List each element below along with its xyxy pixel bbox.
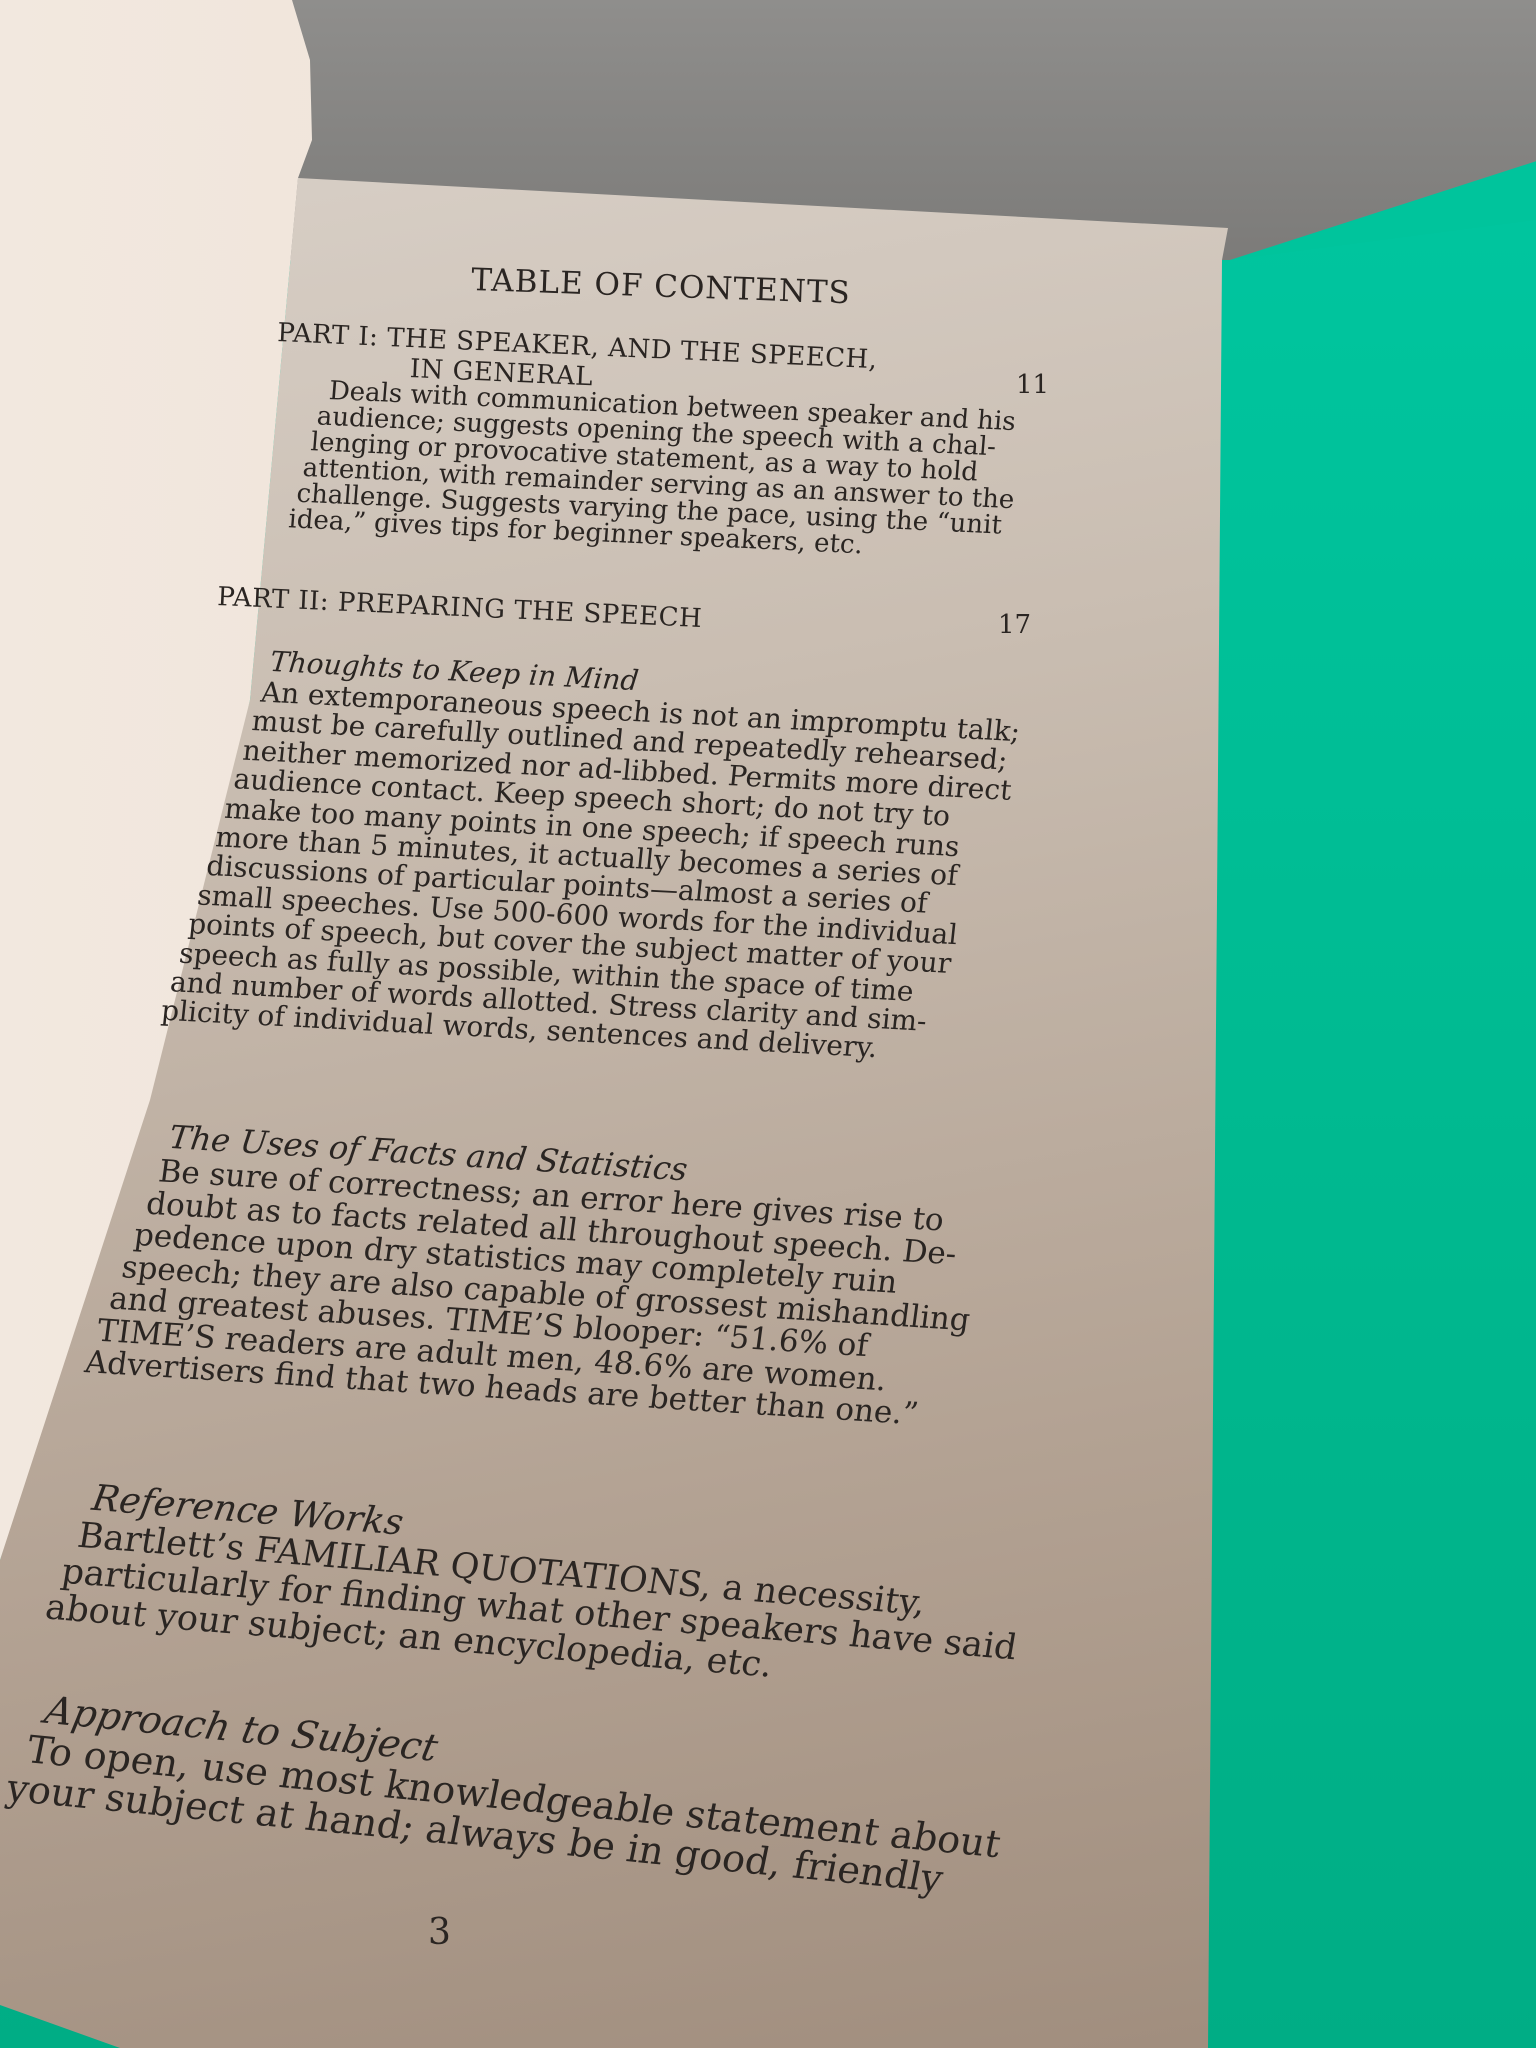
part-2-heading: PART II: PREPARING THE SPEECH bbox=[217, 582, 703, 634]
part-2-page-number: 17 bbox=[998, 610, 1031, 640]
page-number: 3 bbox=[428, 1912, 451, 1953]
part-1-description: Deals with communication between speaker… bbox=[317, 378, 1021, 565]
part-1-page-number: 11 bbox=[1016, 370, 1049, 400]
subsection-facts-statistics: The Uses of Facts and Statistics Be sure… bbox=[137, 1118, 990, 1434]
subsection-reference-works: Reference Works Bartlett’s FAMILIAR QUOT… bbox=[71, 1478, 1033, 1703]
page-content: TABLE OF CONTENTS PART I: THE SPEAKER, A… bbox=[0, 0, 1536, 2048]
page-title: TABLE OF CONTENTS bbox=[471, 262, 852, 311]
subsection-thoughts: Thoughts to Keep in Mind An extemporaneo… bbox=[232, 645, 1025, 1069]
subsection-approach: Approach to Subject To open, use most kn… bbox=[25, 1688, 1013, 1904]
